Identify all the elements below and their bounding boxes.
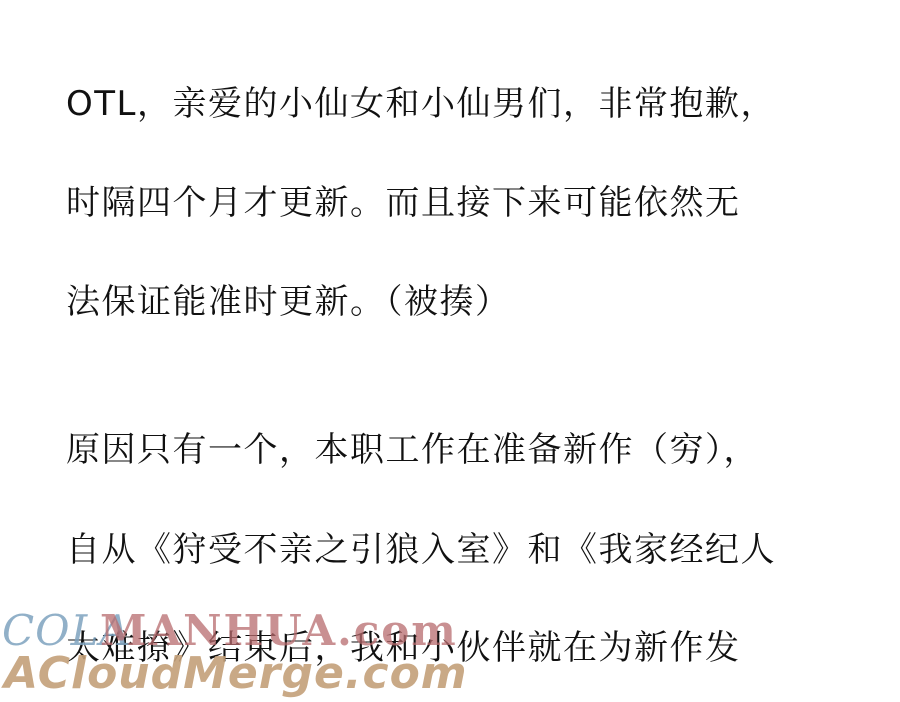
- text-line: 原因只有一个，本职工作在准备新作（穷），: [66, 430, 759, 470]
- text-line: OTL，亲爱的小仙女和小仙男们，非常抱歉，: [66, 84, 776, 124]
- text-line: 太难撩》结束后，我和小伙伴就在为新作发: [66, 628, 741, 668]
- document-page: OTL，亲爱的小仙女和小仙男们，非常抱歉， 时隔四个月才更新。而且接下来可能依然…: [0, 0, 900, 702]
- text-line: 时隔四个月才更新。而且接下来可能依然无: [66, 183, 741, 223]
- text-line: 自从《狩受不亲之引狼入室》和《我家经纪人: [66, 530, 776, 570]
- text-line: 法保证能准时更新。（被揍）: [66, 282, 511, 322]
